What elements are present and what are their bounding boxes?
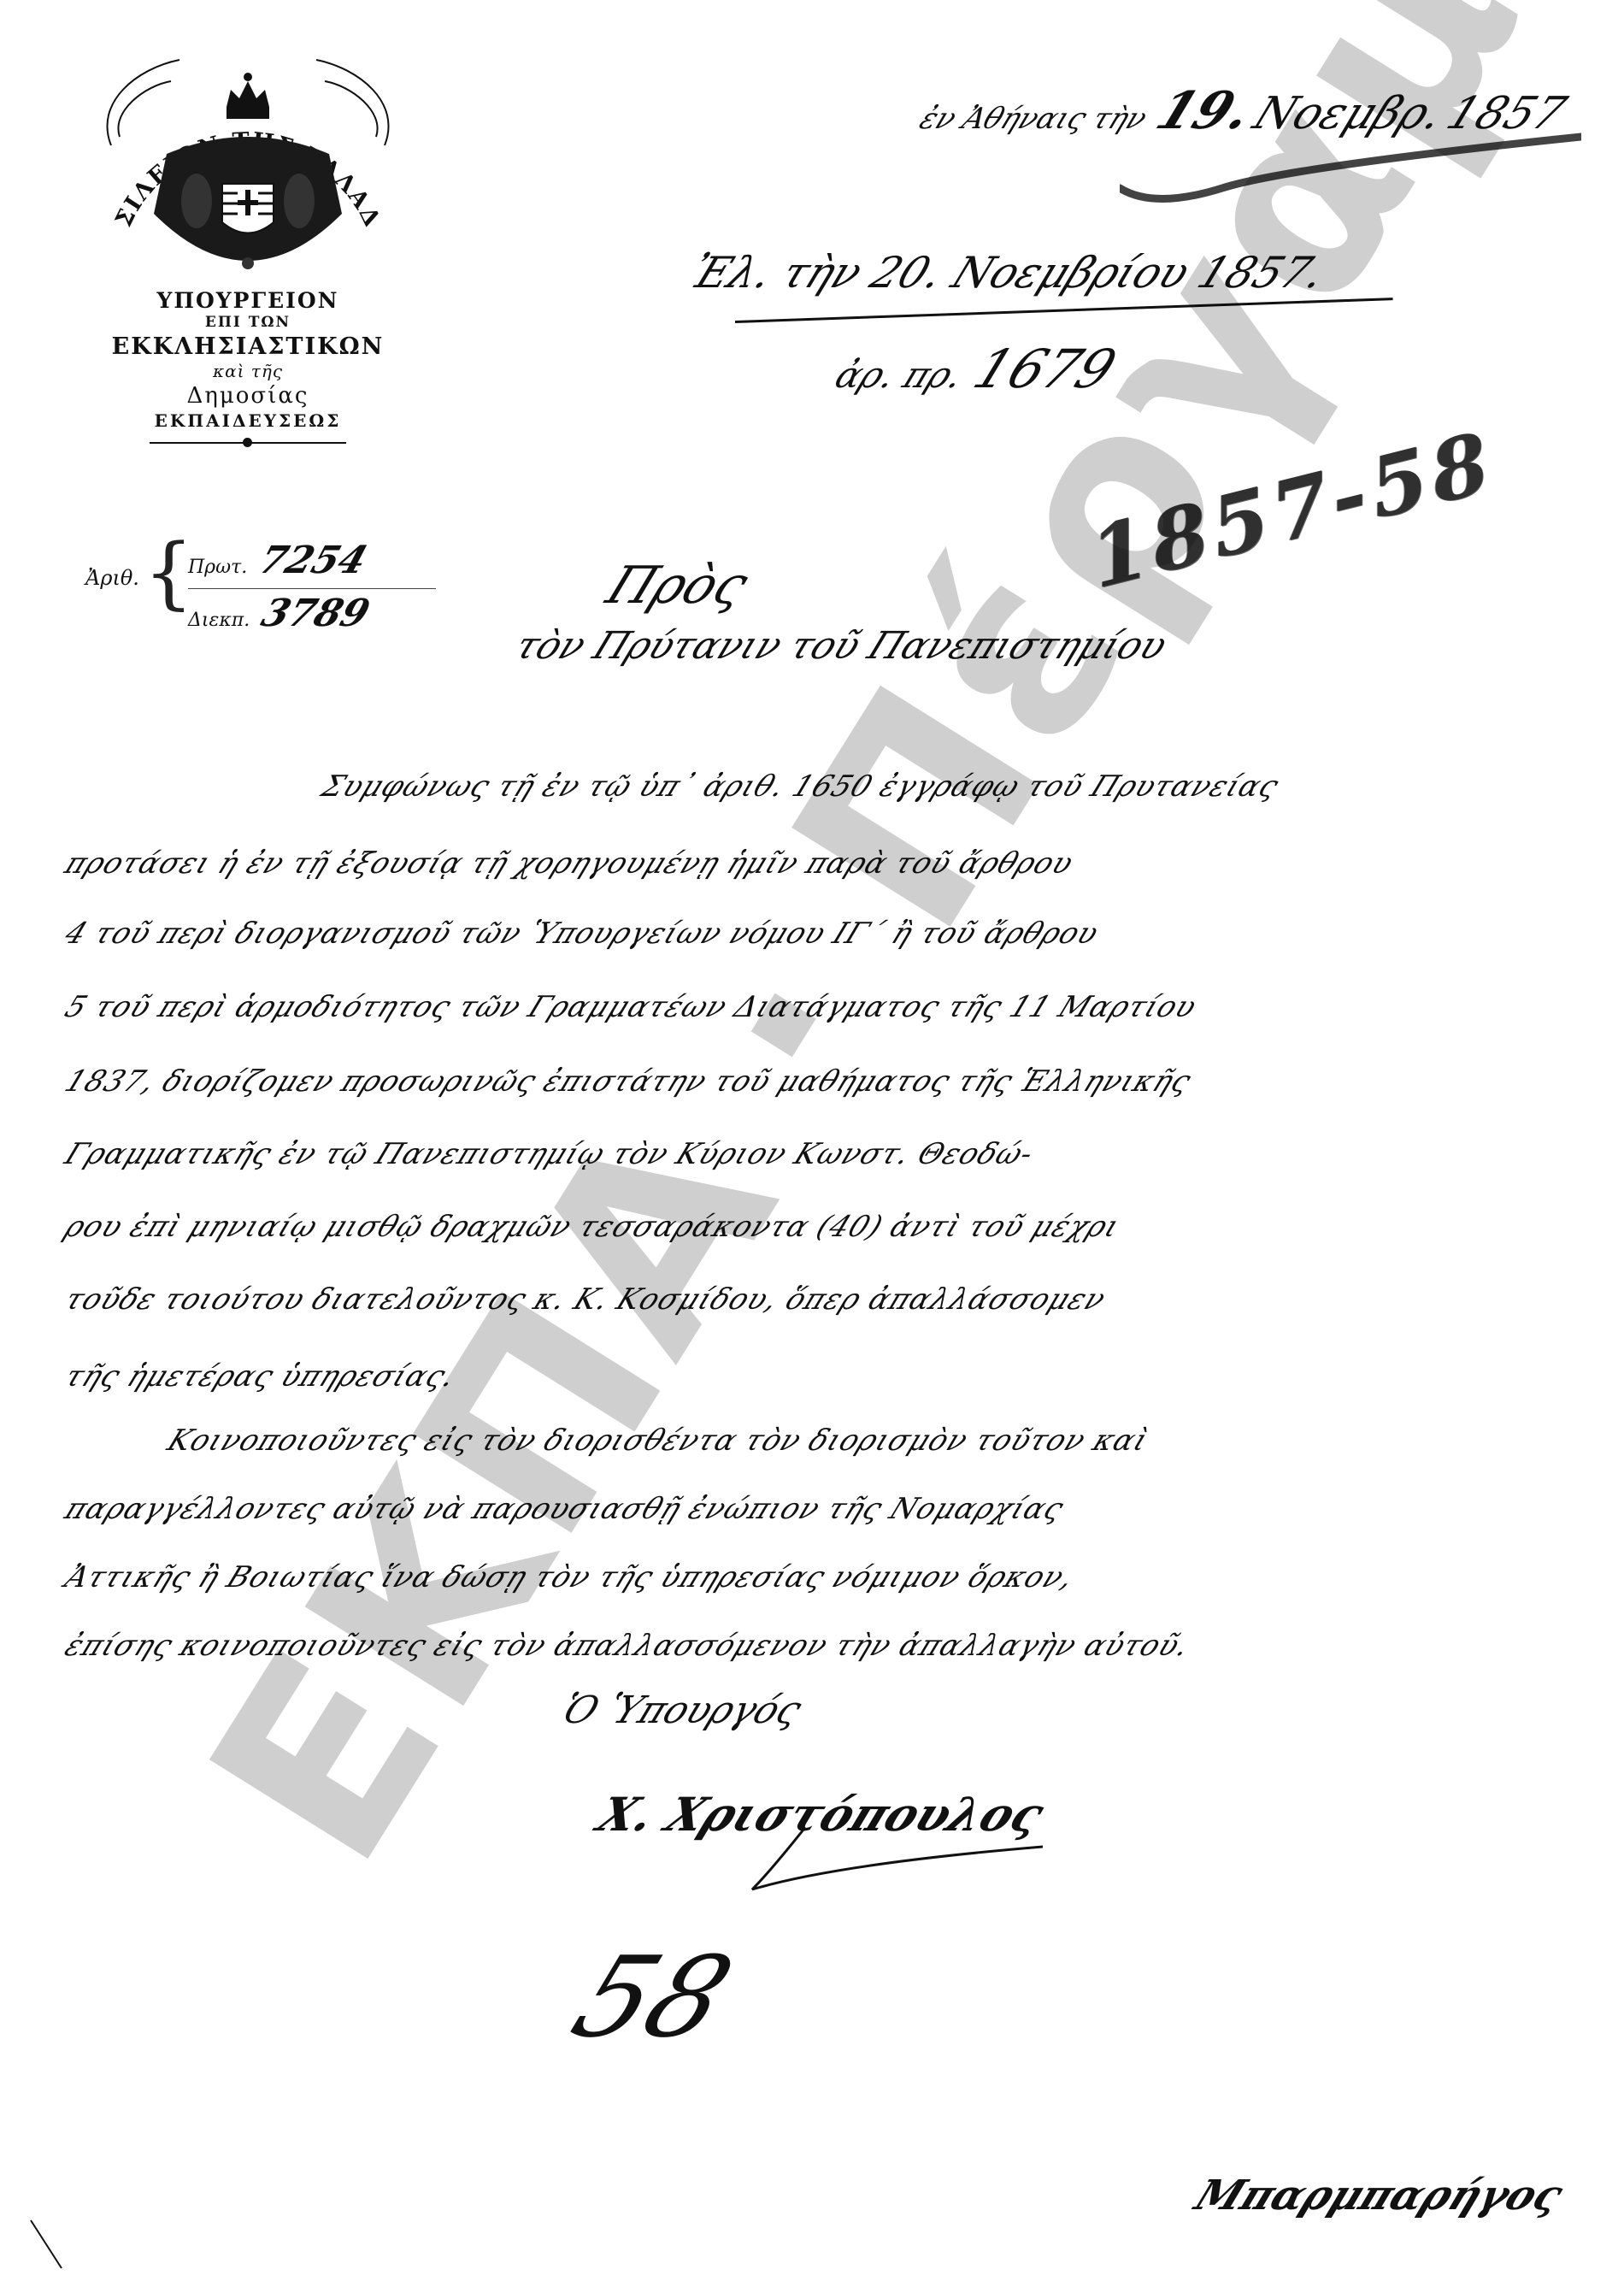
receipt-date: Ἐλ. τὴν 20. Νοεμβρίου 1857. (684, 248, 1333, 298)
signature-flourish-icon (735, 1821, 1043, 1898)
protocol-row: Πρωτ. 7254 (188, 539, 366, 582)
addressee-recipient: τὸν Πρύτανιν τοῦ Πανεπιστημίου (509, 624, 1156, 668)
number-label: Ἀριθ. (85, 566, 139, 590)
letterhead-divider (150, 442, 346, 444)
dateline-flourish-icon (1120, 128, 1581, 205)
dispatch-number: 3789 (256, 592, 375, 635)
body-line: 4 τοῦ περὶ διοργανισμοῦ τῶν Ὑπουργείων ν… (60, 917, 1091, 951)
reference-divider (188, 588, 436, 589)
addressee-salutation: Πρὸς (598, 556, 733, 616)
receipt-protocol-label: ἀρ. πρ. (829, 354, 970, 396)
scanned-letter-page: ΒΑΣΙΛΕΙΟΝ ΤΗΣ ΕΛΛΑΔΟΣ (0, 0, 1624, 2287)
receipt-annotation: Ἐλ. τὴν 20. Νοεμβρίου 1857. (684, 248, 1313, 298)
crest: ΒΑΣΙΛΕΙΟΝ ΤΗΣ ΕΛΛΑΔΟΣ (85, 34, 410, 282)
brace-icon: { (144, 533, 194, 612)
ministry-subtitle: ΕΠΙ ΤΩΝ (85, 314, 410, 332)
folio-number: 58 (556, 1932, 697, 2062)
archive-year-annotation: 1857-58 (1091, 410, 1492, 610)
body-line: Συμφώνως τῇ ἐν τῷ ὑπ᾽ ἀριθ. 1650 ἐγγράφῳ… (316, 769, 1270, 804)
ministry-education: ΕΚΠΑΙΔΕΥΣΕΩΣ (85, 410, 410, 432)
clerk-signature: Μπαρμπαρήγος (1188, 2172, 1550, 2219)
body-line: 5 τοῦ περὶ ἁρμοδιότητος τῶν Γραμματέων Δ… (60, 990, 1188, 1024)
reference-numbers: Ἀριθ. { Πρωτ. 7254 Διεκπ. 3789 (85, 530, 410, 633)
ministry-public: Δημοσίας (85, 382, 410, 410)
body-line: ἐπίσης κοινοποιοῦντες εἰς τὸν ἀπαλλασσόμ… (60, 1629, 1181, 1663)
receipt-protocol: ἀρ. πρ. 1679 (829, 338, 1100, 400)
ministry-conjunction: καὶ τῆς (85, 361, 410, 382)
body-line: Ἀττικῆς ἢ Βοιωτίας ἵνα δώσῃ τὸν τῆς ὑπηρ… (60, 1560, 1066, 1594)
receipt-protocol-number: 1679 (965, 338, 1125, 400)
coat-of-arms-icon: ΒΑΣΙΛΕΙΟΝ ΤΗΣ ΕΛΛΑΔΟΣ (85, 34, 410, 282)
closing-title: Ὁ Ὑπουργός (556, 1689, 791, 1732)
body-line: ρου ἐπὶ μηνιαίῳ μισθῷ δραχμῶν τεσσαράκον… (60, 1210, 1112, 1244)
dispatch-row: Διεκπ. 3789 (188, 592, 368, 635)
ministry-title: ΥΠΟΥΡΓΕΙΟΝ (85, 287, 410, 314)
scan-edge-mark-icon (29, 2219, 63, 2270)
body-line: 1837, διορίζομεν προσωρινῶς ἐπιστάτην το… (60, 1064, 1183, 1099)
body-line: παραγγέλλοντες αὐτῷ νὰ παρουσιασθῇ ἐνώπι… (60, 1492, 1056, 1526)
protocol-number: 7254 (254, 539, 373, 582)
body-line: Κοινοποιοῦντες εἰς τὸν διορισθέντα τὸν δ… (162, 1423, 1140, 1458)
letterhead: ΒΑΣΙΛΕΙΟΝ ΤΗΣ ΕΛΛΑΔΟΣ (85, 34, 410, 444)
body-line: Γραμματικῆς ἐν τῷ Πανεπιστημίῳ τὸν Κύριο… (60, 1137, 1026, 1171)
dispatch-label: Διεκπ. (188, 610, 250, 631)
body-line: προτάσει ἡ ἐν τῇ ἐξουσίᾳ τῇ χορηγουμένῃ … (60, 846, 1065, 881)
ministry-ecclesiastical: ΕΚΚΛΗΣΙΑΣΤΙΚΩΝ (85, 333, 410, 362)
body-line: τῆς ἡμετέρας ὑπηρεσίας. (60, 1359, 448, 1394)
receipt-underline (735, 298, 1393, 323)
dateline-prefix: ἐν Ἀθήναις τὴν (915, 102, 1152, 136)
body-line: τοῦδε τοιούτου διατελοῦντος κ. Κ. Κοσμίδ… (60, 1282, 1097, 1317)
protocol-label: Πρωτ. (188, 557, 247, 578)
